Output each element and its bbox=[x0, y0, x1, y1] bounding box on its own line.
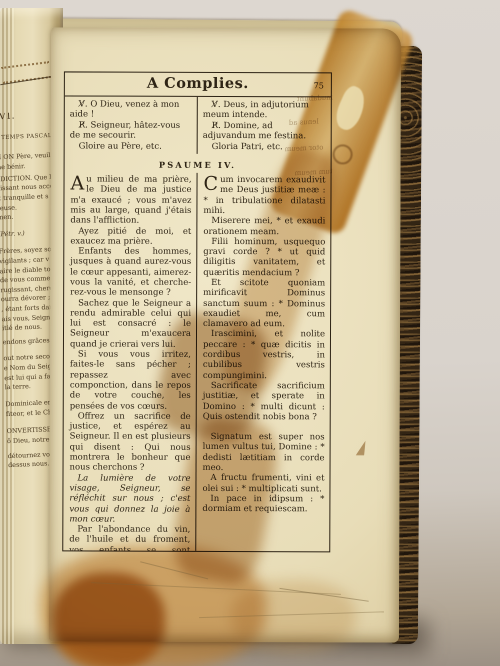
versicle-symbol: R̸. bbox=[79, 120, 88, 130]
versicle-line: R̸. Seigneur, hâtez-vous de me secourir. bbox=[70, 120, 192, 141]
psalm-verse: Miserere mei, * et exaudi orationem meam… bbox=[203, 216, 325, 237]
psalm-verse: Sacrificate sacrificium justitiæ, et spe… bbox=[203, 381, 325, 423]
photo-of-open-prayer-book: VI.U TEMPS PASCALM ON Père, veuilme béni… bbox=[0, 0, 500, 666]
psalm-verse: Offrez un sacrifice de justice, et espér… bbox=[70, 411, 191, 473]
crease-line bbox=[91, 582, 341, 595]
page-number: 75 bbox=[314, 81, 324, 90]
psalm-verse: Au milieu de ma prière, le Dieu de ma ju… bbox=[70, 174, 191, 226]
psalm-verse: Si vous vous irritez, faites-le sans péc… bbox=[70, 350, 191, 412]
versicle-line: R̸. Domine, ad adjuvandum me festina. bbox=[203, 121, 326, 142]
text-frame: A Complies. 75 V̸. O Dieu, venez à mon a… bbox=[62, 71, 332, 552]
psalm-verse: Et scitote quoniam mirificavit Dominus s… bbox=[203, 278, 325, 330]
stain-bottom-left-core bbox=[53, 572, 165, 666]
psalm-verse: Par l'abondance du vin, de l'huile et du… bbox=[69, 525, 190, 551]
versicle-line: V̸. O Dieu, venez à mon aide ! bbox=[70, 99, 192, 120]
drop-cap-initial: A bbox=[70, 174, 86, 193]
versicle-line: Gloire au Père, etc. bbox=[70, 141, 192, 152]
psalm-verse: A fructu frumenti, vini et olei sui : * … bbox=[202, 473, 324, 494]
versicles-section: V̸. O Dieu, venez à mon aide !R̸. Seigne… bbox=[65, 96, 331, 154]
versicle-symbol: R̸. bbox=[212, 121, 221, 131]
psalm-latin-column: Cum invocarem exaudivit me Deus justitiæ… bbox=[196, 173, 330, 551]
versicles-french-column: V̸. O Dieu, venez à mon aide !R̸. Seigne… bbox=[65, 96, 198, 153]
text-fragment: VI. bbox=[0, 111, 50, 121]
psalm-verse: Ayez pitié de moi, et exaucez ma prière. bbox=[70, 226, 191, 247]
crease-line bbox=[199, 611, 384, 618]
margin-nick-mark bbox=[356, 440, 366, 455]
psalm-heading: PSAUME IV. bbox=[65, 153, 331, 173]
psalm-verse: La lumière de votre visage, Seigneur, se… bbox=[69, 473, 190, 525]
versicle-symbol: V̸. bbox=[79, 99, 88, 109]
crease-line bbox=[140, 561, 208, 579]
psalm-verse: Signatum est super nos lumen vultus tui,… bbox=[203, 432, 325, 474]
show-through-initial-o bbox=[333, 144, 353, 164]
psalm-french-column: Au milieu de ma prière, le Dieu de ma ju… bbox=[63, 172, 197, 550]
psalm-verse: Enfants des hommes, jusques à quand aure… bbox=[70, 247, 191, 299]
text-fragment: (Pétr. v.) bbox=[0, 228, 55, 239]
psalm-verse: Irascimini, et nolite peccare : * quæ di… bbox=[203, 329, 325, 381]
versicle-symbol: V̸. bbox=[212, 100, 221, 110]
psalm-verse: Cum invocarem exaudivit me Deus justitiæ… bbox=[203, 175, 325, 217]
text-fragment: U TEMPS PASCAL bbox=[0, 132, 51, 143]
torn-paper-chip bbox=[331, 83, 371, 133]
psalm-verse: Filii hominum, usquequo gravi corde ? * … bbox=[203, 237, 325, 279]
page-title: A Complies. bbox=[65, 74, 331, 92]
drop-cap-initial: C bbox=[203, 175, 220, 194]
versicles-latin-column: V̸. Deus, in adjutorium meum intende.R̸.… bbox=[198, 97, 331, 154]
running-header: A Complies. 75 bbox=[65, 72, 331, 97]
text-fragment: me bénir. bbox=[0, 161, 52, 172]
versicle-line: V̸. Deus, in adjutorium meum intende. bbox=[203, 100, 326, 121]
psalm-verse: In pace in idipsum : * dormiam et requie… bbox=[202, 494, 324, 515]
book-page: A Complies. 75 V̸. O Dieu, venez à mon a… bbox=[49, 27, 401, 642]
text-fragment: men. bbox=[0, 211, 54, 222]
psalm-verse: Sachez que le Seigneur a rendu admirable… bbox=[70, 298, 191, 350]
versicle-line: Gloria Patri, etc. bbox=[203, 142, 326, 153]
psalm-section: Au milieu de ma prière, le Dieu de ma ju… bbox=[63, 172, 330, 551]
crease-line bbox=[279, 588, 368, 602]
